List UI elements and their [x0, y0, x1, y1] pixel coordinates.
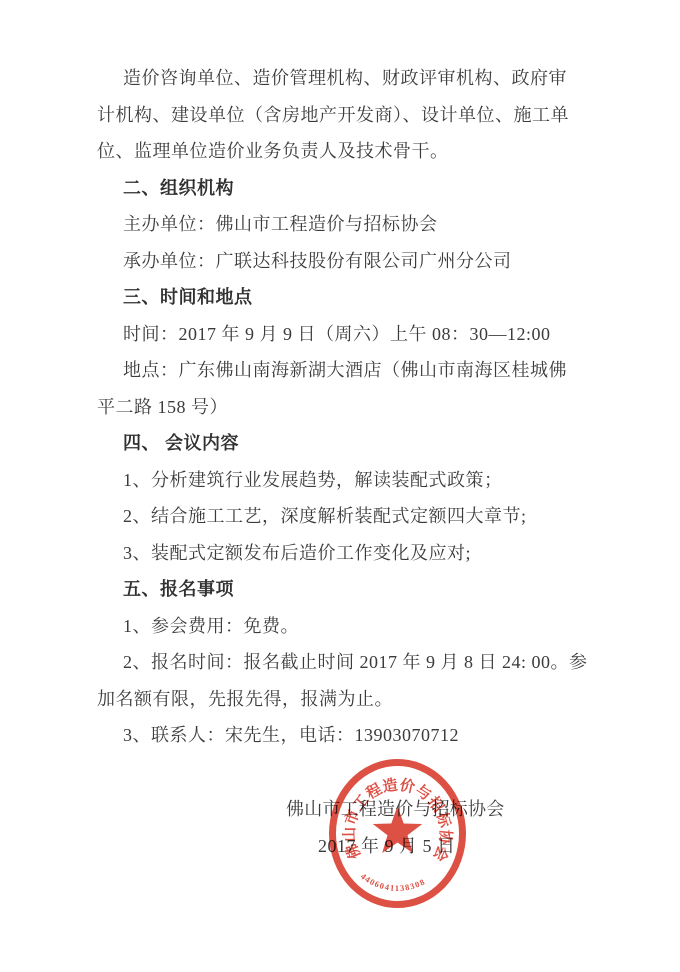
- section-heading-organization: 二、组织机构: [97, 170, 607, 207]
- doc-line: 造价咨询单位、造价管理机构、财政评审机构、政府审: [97, 60, 607, 97]
- doc-line-fee: 1、参会费用：免费。: [97, 608, 607, 645]
- doc-line-agenda-1: 1、分析建筑行业发展趋势，解读装配式政策；: [97, 462, 607, 499]
- doc-line-place: 地点：广东佛山南海新湖大酒店（佛山市南海区桂城佛: [97, 352, 607, 389]
- seal-serial-number: 4406041138308: [359, 871, 427, 893]
- doc-line-contact: 3、联系人：宋先生，电话：13903070712: [97, 717, 607, 754]
- section-heading-registration: 五、报名事项: [97, 571, 607, 608]
- doc-line-agenda-2: 2、结合施工工艺，深度解析装配式定额四大章节;: [97, 498, 607, 535]
- doc-line-agenda-3: 3、装配式定额发布后造价工作变化及应对;: [97, 535, 607, 572]
- section-heading-time-place: 三、时间和地点: [97, 279, 607, 316]
- document-body: 造价咨询单位、造价管理机构、财政评审机构、政府审 计机构、建设单位（含房地产开发…: [97, 60, 607, 754]
- document-page: 造价咨询单位、造价管理机构、财政评审机构、政府审 计机构、建设单位（含房地产开发…: [0, 0, 680, 972]
- doc-line-time: 时间：2017 年 9 月 9 日（周六）上午 08：30—12:00: [97, 316, 607, 353]
- doc-line: 加名额有限，先报先得，报满为止。: [97, 681, 607, 718]
- doc-line-host: 主办单位：佛山市工程造价与招标协会: [97, 206, 607, 243]
- seal-star-icon: [373, 806, 422, 853]
- doc-line-organizer: 承办单位：广联达科技股份有限公司广州分公司: [97, 243, 607, 280]
- section-heading-agenda: 四、 会议内容: [97, 425, 607, 462]
- doc-line-deadline: 2、报名时间：报名截止时间 2017 年 9 月 8 日 24: 00。参: [97, 644, 607, 681]
- doc-line: 平二路 158 号）: [97, 389, 607, 426]
- doc-line: 计机构、建设单位（含房地产开发商）、设计单位、施工单: [97, 97, 607, 134]
- official-seal-stamp: 佛山市工程造价与招标协会 4406041138308: [325, 756, 470, 912]
- doc-line: 位、监理单位造价业务负责人及技术骨干。: [97, 133, 607, 170]
